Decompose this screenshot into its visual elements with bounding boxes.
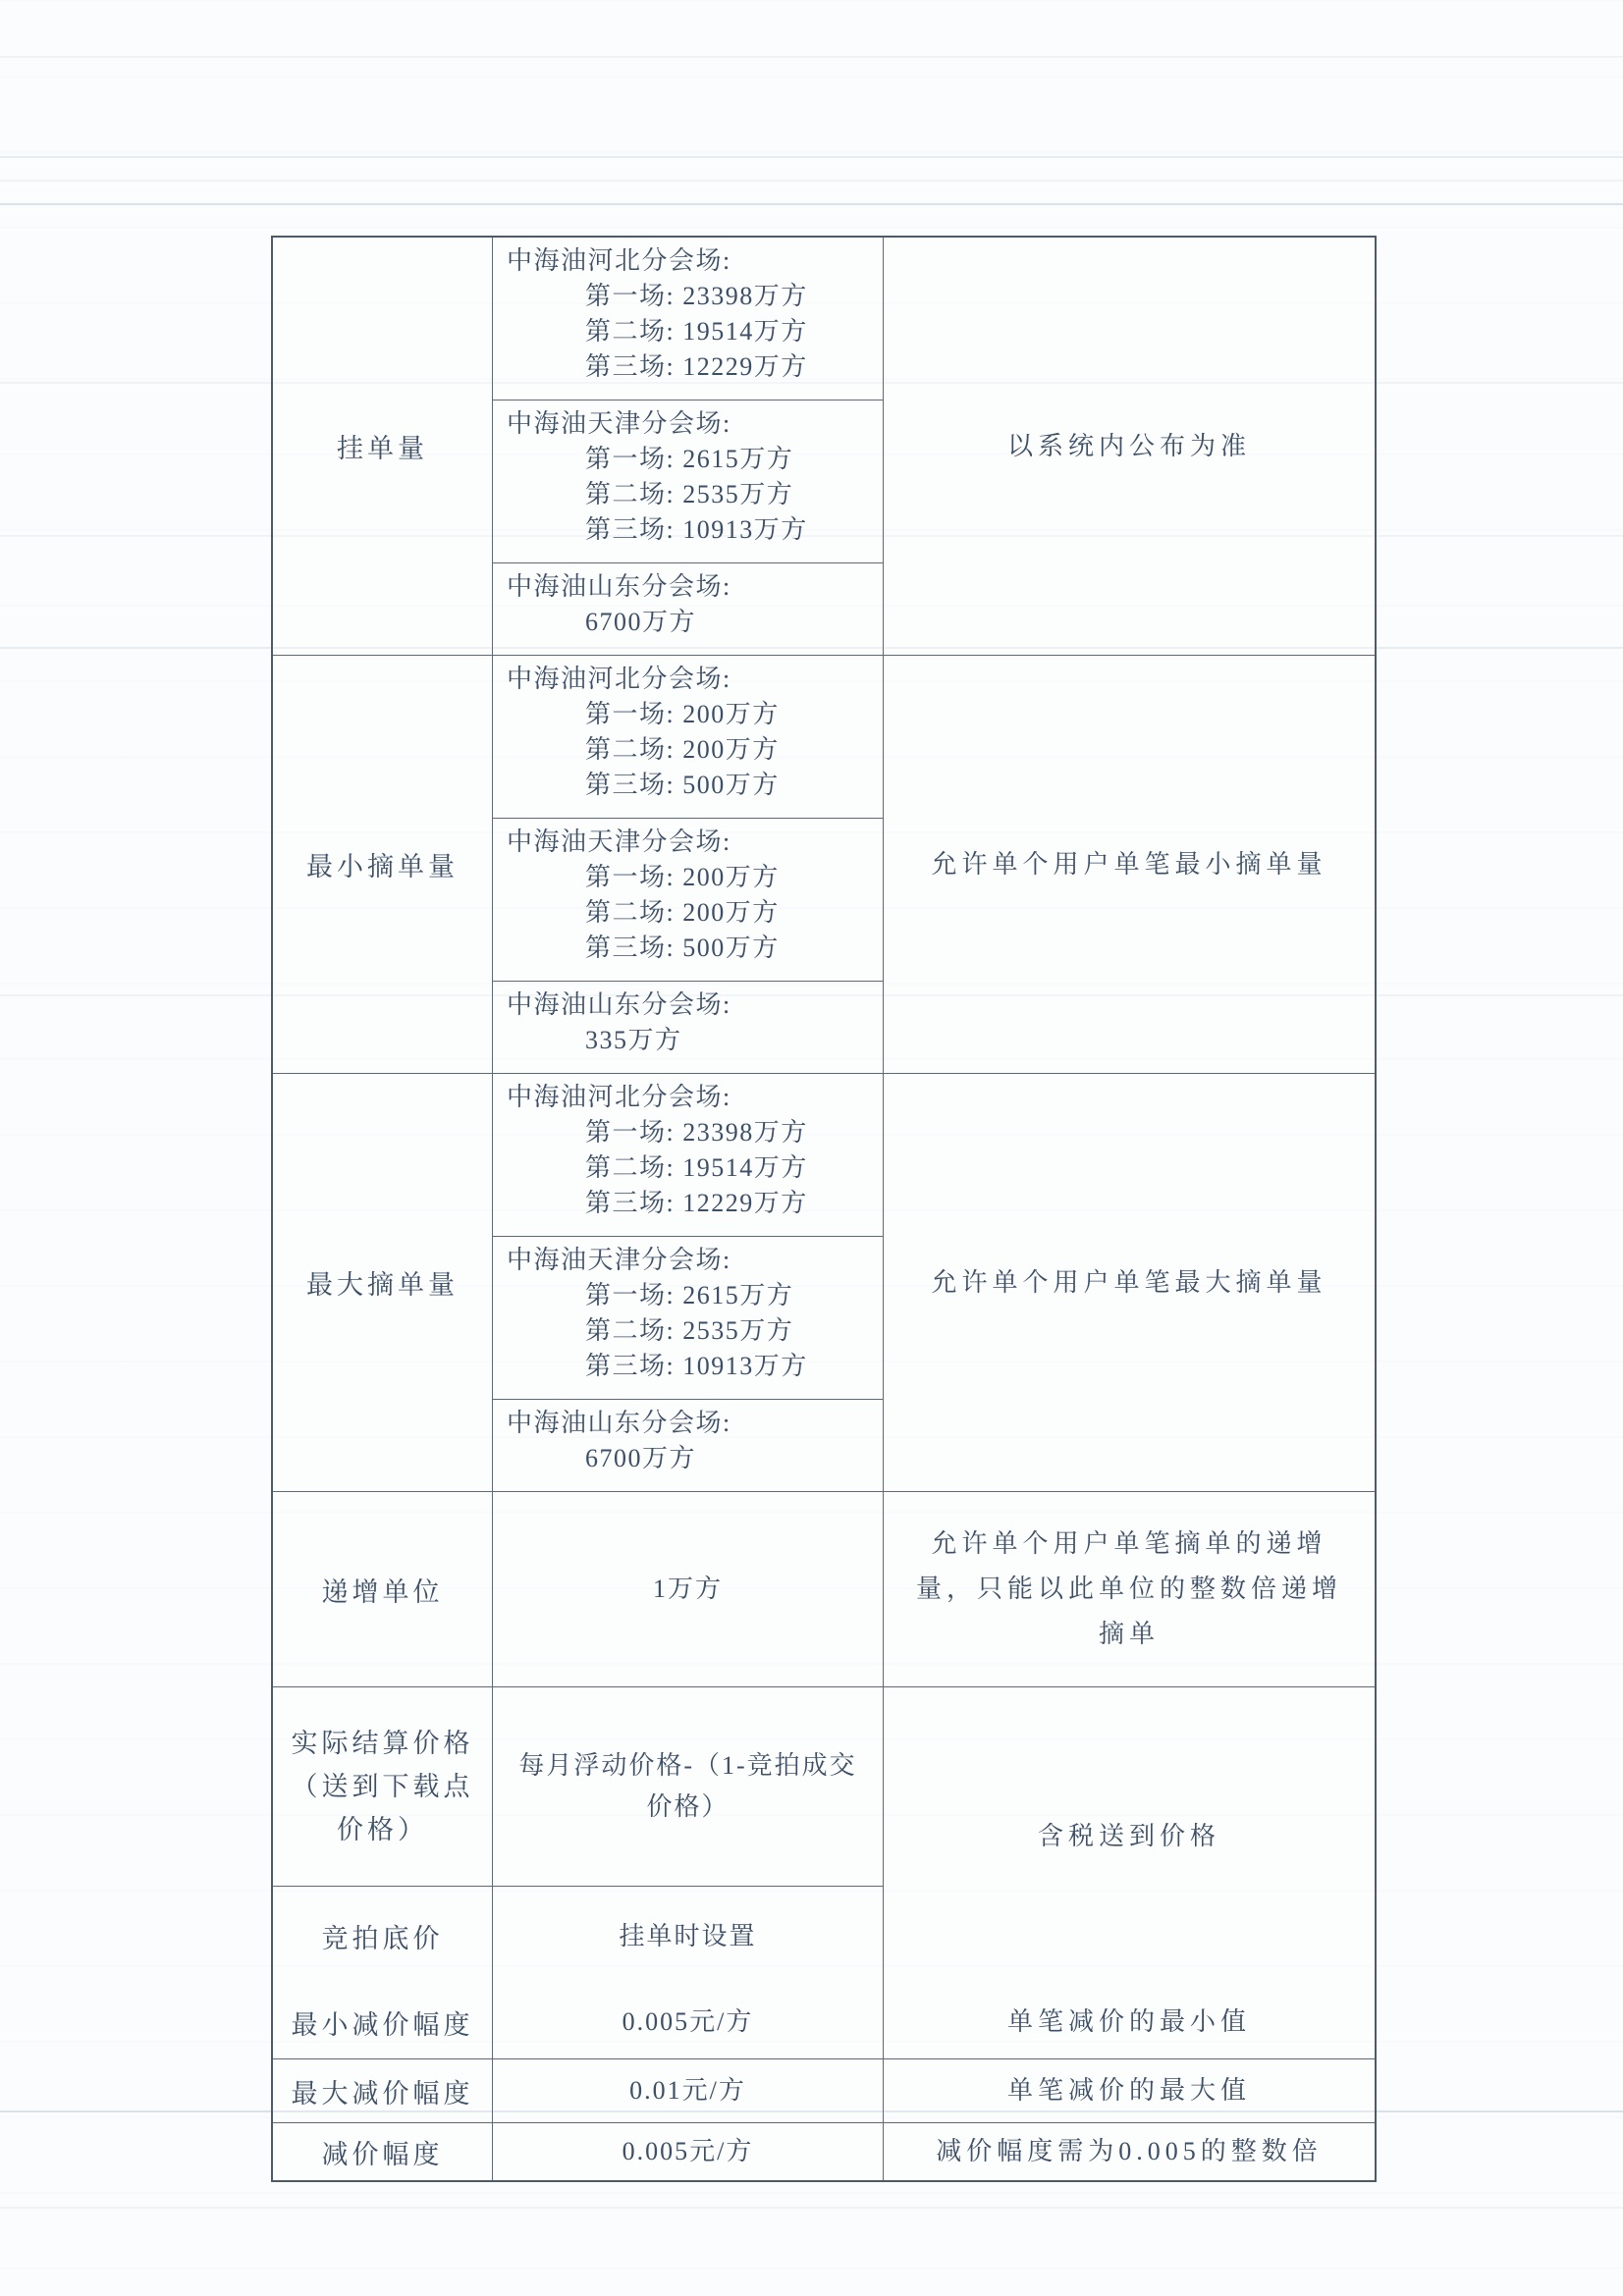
venue-line: 6700万方 [493,1441,883,1476]
venue-header: 中海油山东分会场: [493,1406,883,1441]
row-value-auction-base-price: 挂单时设置 [493,1886,884,1986]
venue-line: 第二场: 19514万方 [493,1150,883,1186]
row-label: 挂单量 [273,238,493,655]
venue-line: 第二场: 19514万方 [493,314,883,349]
venue-list: 中海油河北分会场: 第一场: 23398万方 第二场: 19514万方 第三场:… [493,238,884,655]
scan-artifact-line [0,56,1623,58]
venue-line: 第三场: 10913万方 [493,512,883,548]
row-label: 最大减价幅度 [273,2059,493,2122]
table-row-max-pickup-volume: 最大摘单量 中海油河北分会场: 第一场: 23398万方 第二场: 19514万… [273,1073,1375,1491]
row-label: 最小减价幅度 [273,1986,493,2058]
venue-header: 中海油河北分会场: [493,243,883,279]
row-note: 单笔减价的最大值 [884,2059,1375,2122]
row-value: 1万方 [493,1492,884,1686]
row-label: 最小摘单量 [273,656,493,1073]
venue-block-tianjin: 中海油天津分会场: 第一场: 2615万方 第二场: 2535万方 第三场: 1… [493,1236,883,1399]
row-value-settlement-price: 每月浮动价格-（1-竞拍成交价格） [493,1687,884,1886]
venue-block-shandong: 中海油山东分会场: 6700万方 [493,1399,883,1491]
row-label: 最大摘单量 [273,1074,493,1491]
scan-artifact-line [0,156,1623,158]
venue-line: 第三场: 12229万方 [493,349,883,385]
row-value: 0.005元/方 [493,1986,884,2058]
row-value: 0.01元/方 [493,2059,884,2122]
venue-header: 中海油天津分会场: [493,406,883,442]
venue-block-shandong: 中海油山东分会场: 335万方 [493,981,883,1073]
table-row-min-pickup-volume: 最小摘单量 中海油河北分会场: 第一场: 200万方 第二场: 200万方 第三… [273,655,1375,1073]
document-page: 挂单量 中海油河北分会场: 第一场: 23398万方 第二场: 19514万方 … [0,0,1623,2296]
venue-line: 第一场: 23398万方 [493,1115,883,1150]
row-note: 允许单个用户单笔最大摘单量 [884,1074,1375,1491]
row-label: 减价幅度 [273,2123,493,2180]
row-label: 递增单位 [273,1492,493,1686]
table-row-min-reduction: 最小减价幅度 0.005元/方 单笔减价的最小值 [273,1986,1375,2058]
table-row-reduction-step: 减价幅度 0.005元/方 减价幅度需为0.005的整数倍 [273,2122,1375,2180]
table-rows-price-group: 实际结算价格（送到下载点价格） 每月浮动价格-（1-竞拍成交价格） 含税送到价格… [273,1686,1375,1986]
venue-line: 第二场: 2535万方 [493,1313,883,1349]
table-row-max-reduction: 最大减价幅度 0.01元/方 单笔减价的最大值 [273,2058,1375,2122]
scan-artifact-line [0,180,1623,182]
row-note: 以系统内公布为准 [884,238,1375,655]
venue-line: 第三场: 12229万方 [493,1186,883,1221]
venue-header: 中海油山东分会场: [493,988,883,1023]
venue-block-hebei: 中海油河北分会场: 第一场: 23398万方 第二场: 19514万方 第三场:… [493,1074,883,1236]
venue-line: 第一场: 200万方 [493,697,883,732]
venue-list: 中海油河北分会场: 第一场: 200万方 第二场: 200万方 第三场: 500… [493,656,884,1073]
venue-line: 第一场: 2615万方 [493,1278,883,1313]
venue-block-tianjin: 中海油天津分会场: 第一场: 2615万方 第二场: 2535万方 第三场: 1… [493,400,883,562]
venue-header: 中海油山东分会场: [493,569,883,605]
venue-header: 中海油河北分会场: [493,662,883,697]
venue-line: 第一场: 2615万方 [493,442,883,477]
venue-line: 第三场: 10913万方 [493,1349,883,1384]
venue-line: 第二场: 200万方 [493,732,883,768]
row-note: 单笔减价的最小值 [884,1986,1375,2058]
venue-header: 中海油天津分会场: [493,825,883,860]
venue-line: 第一场: 200万方 [493,860,883,895]
row-value: 0.005元/方 [493,2123,884,2180]
row-note: 减价幅度需为0.005的整数倍 [884,2123,1375,2180]
venue-line: 第三场: 500万方 [493,768,883,803]
venue-list: 中海油河北分会场: 第一场: 23398万方 第二场: 19514万方 第三场:… [493,1074,884,1491]
merged-note-tax-included-price: 含税送到价格 [884,1687,1375,1986]
venue-line: 第一场: 23398万方 [493,279,883,314]
table-row-listing-volume: 挂单量 中海油河北分会场: 第一场: 23398万方 第二场: 19514万方 … [273,238,1375,655]
venue-line: 335万方 [493,1023,883,1058]
venue-block-shandong: 中海油山东分会场: 6700万方 [493,562,883,655]
row-note: 允许单个用户单笔最小摘单量 [884,656,1375,1073]
venue-block-hebei: 中海油河北分会场: 第一场: 23398万方 第二场: 19514万方 第三场:… [493,238,883,400]
venue-line: 第二场: 2535万方 [493,477,883,512]
row-label-settlement-price: 实际结算价格（送到下载点价格） [273,1687,493,1886]
table-row-increment-unit: 递增单位 1万方 允许单个用户单笔摘单的递增量，只能以此单位的整数倍递增摘单 [273,1491,1375,1686]
row-note: 允许单个用户单笔摘单的递增量，只能以此单位的整数倍递增摘单 [884,1492,1375,1686]
row-label-auction-base-price: 竞拍底价 [273,1886,493,1986]
scan-artifact-line [0,203,1623,205]
venue-header: 中海油河北分会场: [493,1080,883,1115]
venue-line: 第三场: 500万方 [493,931,883,966]
scan-artifact-line [0,2207,1623,2209]
venue-block-hebei: 中海油河北分会场: 第一场: 200万方 第二场: 200万方 第三场: 500… [493,656,883,818]
venue-line: 第二场: 200万方 [493,895,883,931]
parameters-table: 挂单量 中海油河北分会场: 第一场: 23398万方 第二场: 19514万方 … [271,236,1377,2182]
venue-block-tianjin: 中海油天津分会场: 第一场: 200万方 第二场: 200万方 第三场: 500… [493,818,883,981]
venue-header: 中海油天津分会场: [493,1243,883,1278]
venue-line: 6700万方 [493,605,883,640]
